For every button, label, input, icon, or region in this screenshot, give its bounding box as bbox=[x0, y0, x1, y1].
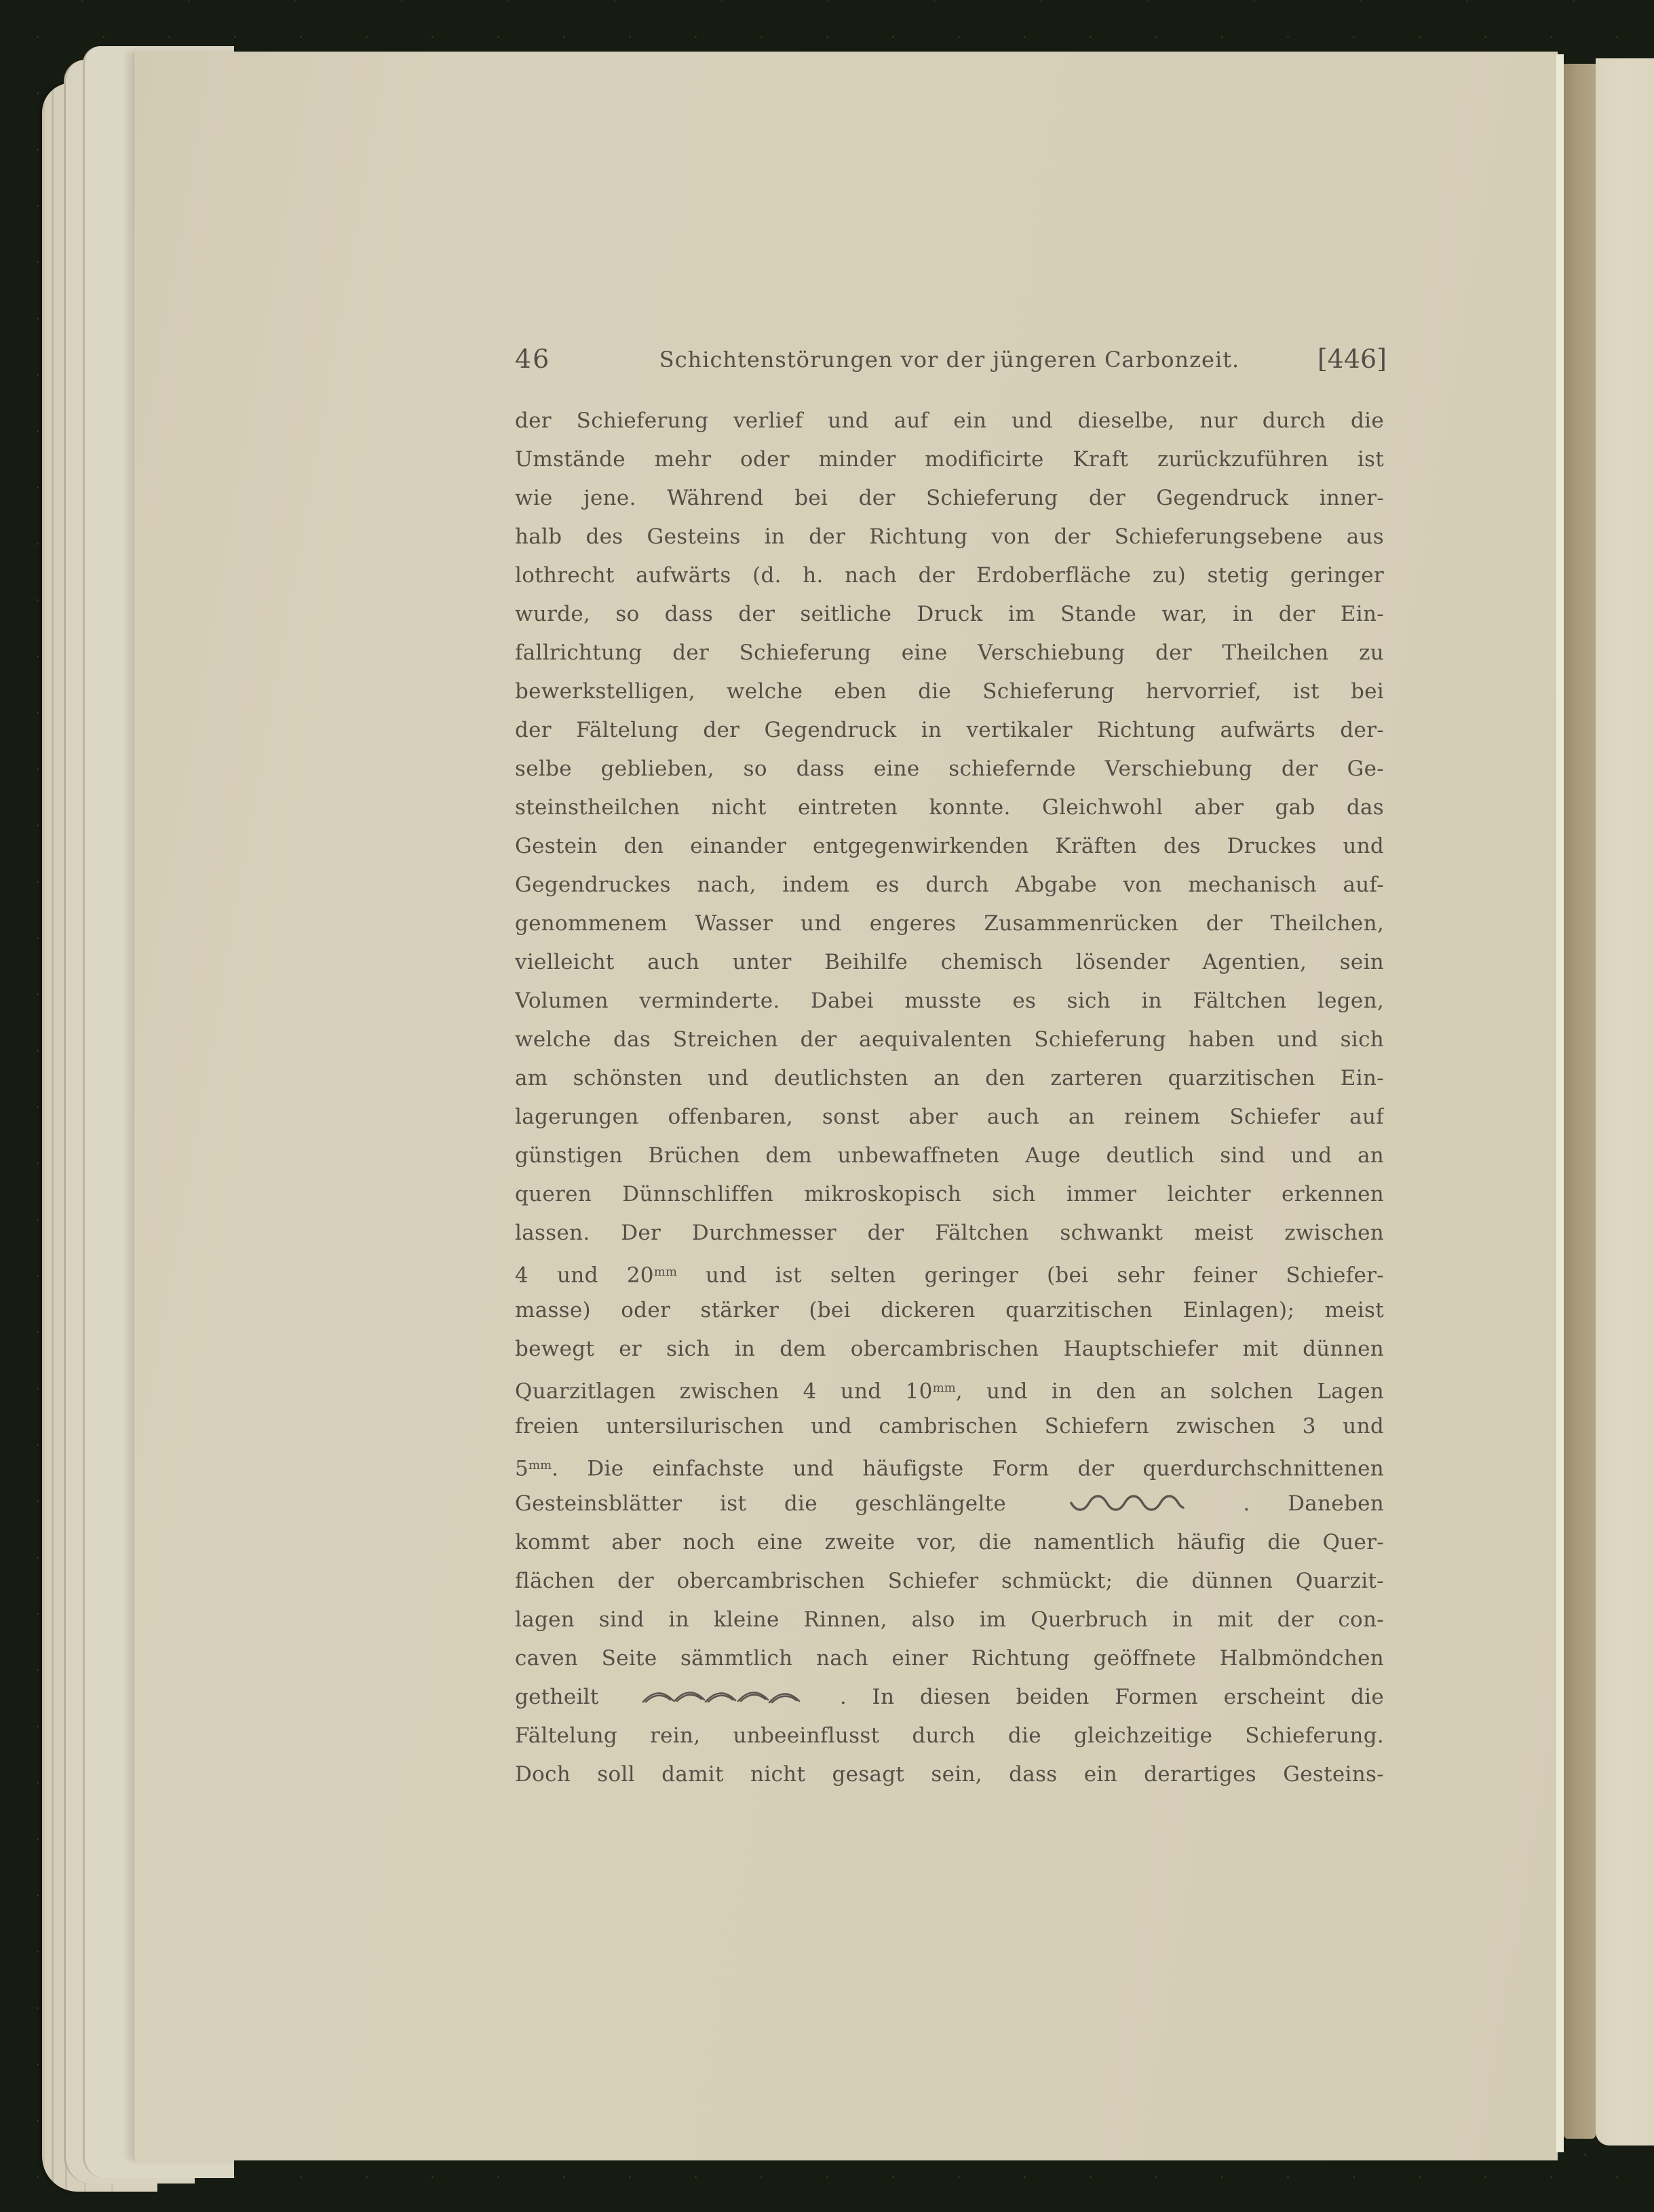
text-line: Fältelung rein, unbeeinflusst durch die … bbox=[515, 1717, 1384, 1755]
text-line: Quarzitlagen zwischen 4 und 10mm, und in… bbox=[515, 1369, 1384, 1407]
text-line: am schönsten und deutlichsten an den zar… bbox=[515, 1059, 1384, 1098]
text-line: caven Seite sämmtlich nach einer Richtun… bbox=[515, 1639, 1384, 1678]
book-page: 46 Schichtenstörungen vor der jüngeren C… bbox=[133, 52, 1558, 2160]
text-line: 4 und 20mm und ist selten geringer (bei … bbox=[515, 1253, 1384, 1291]
text-line: vielleicht auch unter Beihilfe chemisch … bbox=[515, 943, 1384, 982]
text-line: fallrichtung der Schieferung eine Versch… bbox=[515, 634, 1384, 672]
text-line: Gegendruckes nach, indem es durch Abgabe… bbox=[515, 866, 1384, 904]
body-text: der Schieferung verlief und auf ein und … bbox=[515, 402, 1384, 1794]
text-line: Doch soll damit nicht gesagt sein, dass … bbox=[515, 1755, 1384, 1794]
text-line: genommenem Wasser und engeres Zusammenrü… bbox=[515, 904, 1384, 943]
text-line: lassen. Der Durchmesser der Fältchen sch… bbox=[515, 1214, 1384, 1253]
text-line: bewegt er sich in dem obercambrischen Ha… bbox=[515, 1330, 1384, 1369]
text-line: wie jene. Während bei der Schieferung de… bbox=[515, 479, 1384, 518]
scanner-background: 46 Schichtenstörungen vor der jüngeren C… bbox=[0, 0, 1654, 2212]
superscript-unit: mm bbox=[654, 1265, 677, 1279]
text-line: welche das Streichen der aequivalenten S… bbox=[515, 1021, 1384, 1059]
text-line: selbe geblieben, so dass eine schiefernd… bbox=[515, 750, 1384, 788]
text-line: queren Dünnschliffen mikroskopisch sich … bbox=[515, 1175, 1384, 1214]
running-title: Schichtenstörungen vor der jüngeren Carb… bbox=[515, 349, 1384, 370]
text-line: masse) oder stärker (bei dickeren quarzi… bbox=[515, 1291, 1384, 1330]
superscript-unit: mm bbox=[933, 1381, 956, 1395]
text-line: Gestein den einander entgegenwirkenden K… bbox=[515, 827, 1384, 866]
serpentine-fold-line-icon bbox=[1067, 1491, 1196, 1514]
text-line: wurde, so dass der seitliche Druck im St… bbox=[515, 595, 1384, 634]
superscript-unit: mm bbox=[528, 1458, 552, 1472]
facing-page bbox=[1596, 58, 1654, 2146]
text-line: flächen der obercambrischen Schiefer sch… bbox=[515, 1562, 1384, 1601]
text-line: Volumen verminderte. Dabei musste es sic… bbox=[515, 982, 1384, 1021]
text-line: freien untersilurischen und cambrischen … bbox=[515, 1407, 1384, 1446]
text-line: kommt aber noch eine zweite vor, die nam… bbox=[515, 1523, 1384, 1562]
gutter-shadow bbox=[1564, 64, 1596, 2139]
text-line: halb des Gesteins in der Richtung von de… bbox=[515, 518, 1384, 556]
text-line: günstigen Brüchen dem unbewaffneten Auge… bbox=[515, 1137, 1384, 1175]
text-line: lothrecht aufwärts (d. h. nach der Erdob… bbox=[515, 556, 1384, 595]
text-line: der Fältelung der Gegendruck in vertikal… bbox=[515, 711, 1384, 750]
text-line: Gesteinsblätter ist die geschlängelte . … bbox=[515, 1485, 1384, 1523]
text-line: der Schieferung verlief und auf ein und … bbox=[515, 402, 1384, 440]
page-edge-highlight bbox=[1556, 54, 1564, 2152]
half-moon-chain-icon bbox=[642, 1688, 802, 1706]
volume-reference: [446] bbox=[1318, 346, 1387, 372]
text-line: Umstände mehr oder minder modificirte Kr… bbox=[515, 440, 1384, 479]
text-line: getheilt . In diesen beiden Formen ersch… bbox=[515, 1678, 1384, 1717]
page-header: 46 Schichtenstörungen vor der jüngeren C… bbox=[515, 339, 1384, 375]
text-line: 5mm. Die einfachste und häufigste Form d… bbox=[515, 1446, 1384, 1485]
text-line: lagerungen offenbaren, sonst aber auch a… bbox=[515, 1098, 1384, 1137]
text-line: lagen sind in kleine Rinnen, also im Que… bbox=[515, 1601, 1384, 1639]
text-line: bewerkstelligen, welche eben die Schiefe… bbox=[515, 672, 1384, 711]
text-line: steinstheilchen nicht eintreten konnte. … bbox=[515, 788, 1384, 827]
